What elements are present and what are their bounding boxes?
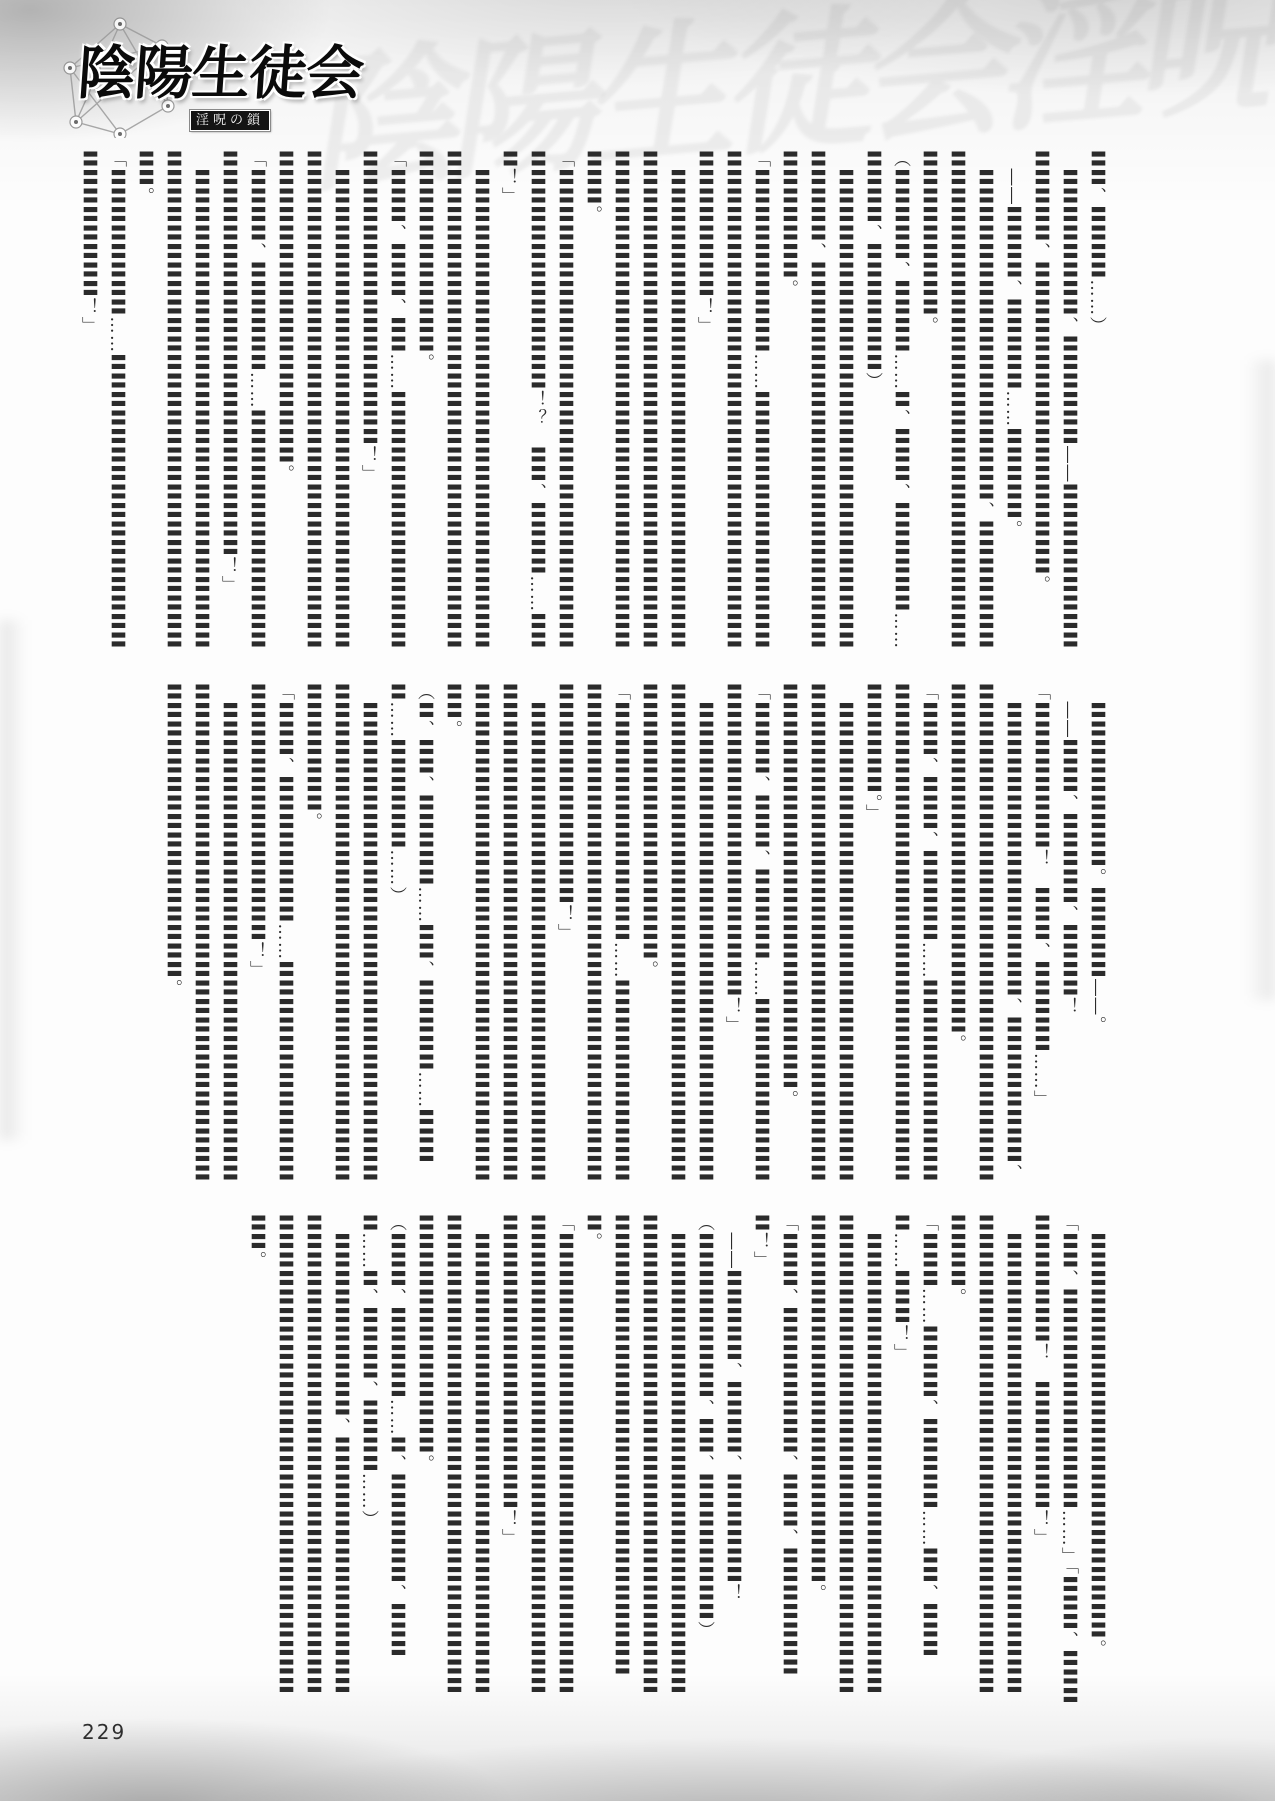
book-page: 陰陽生徒会淫呪の鎖 陰陽生徒会 bbox=[0, 0, 1275, 1801]
logo-title: 陰陽生徒会 bbox=[76, 44, 410, 102]
series-logo: 陰陽生徒会 淫呪の鎖 bbox=[56, 10, 396, 140]
background-left-edge-smudge bbox=[0, 620, 26, 1140]
text-band-1: 〓〓、〓〓〓〓……） 〓〓〓〓〓〓〓〓、〓〓〓〓〓〓――〓〓〓〓〓〓〓〓〓〓〓〓… bbox=[60, 150, 1110, 662]
text-band-2: 〓〓〓〓〓〓〓〓〓。〓〓〓〓〓――。 ――〓〓〓、〓〓〓〓〓、〓〓〓〓！ 「〓〓… bbox=[60, 683, 1110, 1195]
page-number: 229 bbox=[82, 1720, 126, 1744]
text-band-3: 〓〓〓〓〓〓〓〓〓〓〓〓〓〓〓〓〓〓〓〓〓〓。 「〓〓、〓〓〓〓〓〓〓〓〓〓〓〓… bbox=[60, 1214, 1110, 1706]
background-right-edge-smudge bbox=[1245, 360, 1275, 1000]
logo-subtitle: 淫呪の鎖 bbox=[190, 110, 270, 131]
